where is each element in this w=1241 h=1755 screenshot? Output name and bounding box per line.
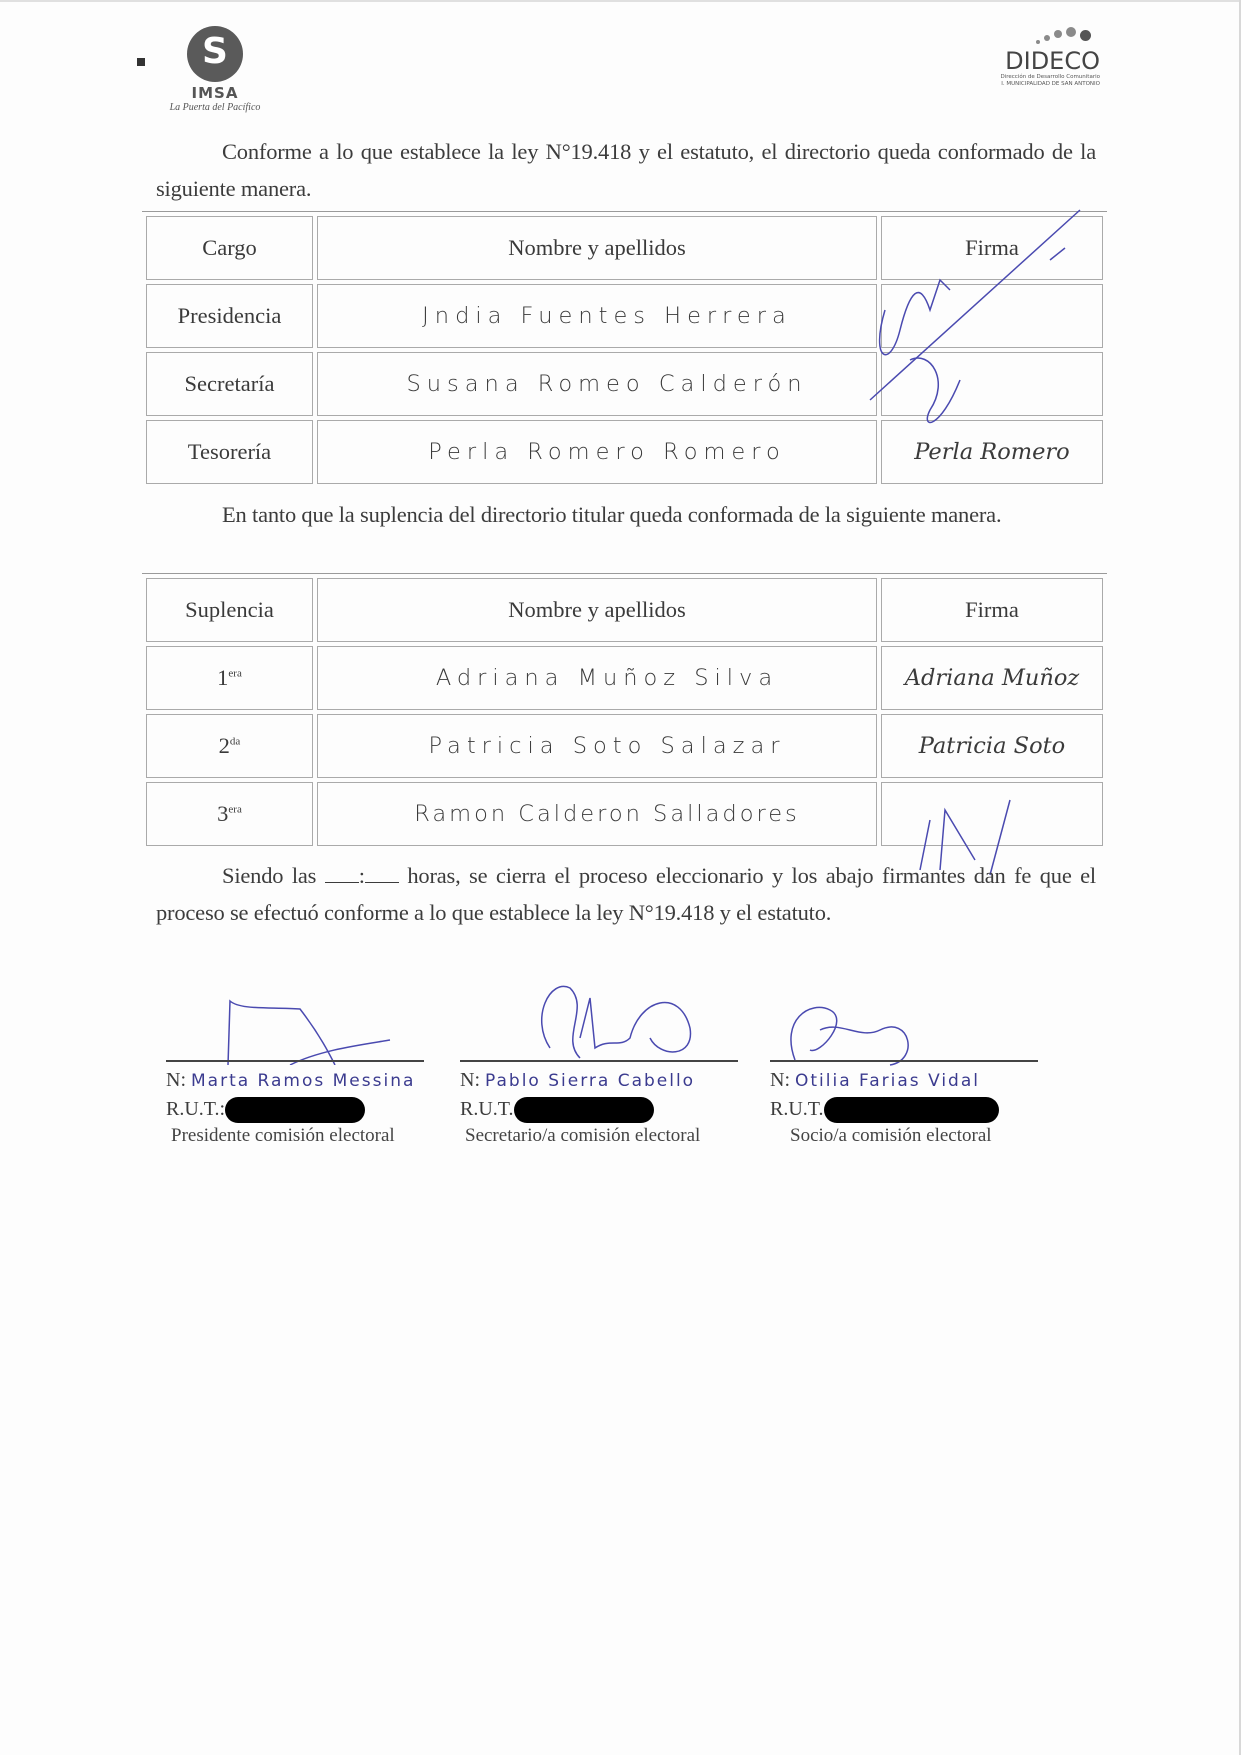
rut-row: R.U.T.: [460, 1095, 738, 1123]
signature-scribbles: [850, 200, 1090, 490]
signatory-secretario: N: Pablo Sierra Cabello R.U.T. Secretari…: [460, 1060, 738, 1147]
name-label: N:: [460, 1069, 480, 1091]
imsa-logo: IMSA La Puerta del Pacífico: [155, 20, 275, 115]
imsa-logo-name: IMSA: [155, 84, 275, 102]
signature-presidente: [210, 995, 430, 1065]
minute-blank: [365, 866, 399, 883]
rut-redaction: [225, 1097, 365, 1123]
signatory-name: Otilia Farias Vidal: [795, 1071, 980, 1091]
dideco-dots-icon: [980, 24, 1100, 48]
table-row: 1era Adriana Muñoz Silva Adriana Muñoz: [146, 646, 1103, 710]
firma-cell: Patricia Soto: [881, 714, 1103, 778]
dideco-logo-name: DIDECO: [980, 48, 1100, 74]
suplencia-paragraph: En tanto que la suplencia del directorio…: [156, 496, 1096, 533]
dideco-subtitle-1: Dirección de Desarrollo Comunitario: [980, 74, 1100, 81]
nombre-cell: Perla Romero Romero: [317, 420, 877, 484]
nombre-cell: Ramon Calderon Salladores: [317, 782, 877, 846]
cargo-cell: Presidencia: [146, 284, 313, 348]
suplencia-number-cell: 1era: [146, 646, 313, 710]
nombre-cell: Susana Romeo Calderón: [317, 352, 877, 416]
signatory-role: Secretario/a comisión electoral: [460, 1125, 738, 1147]
name-row: N: Pablo Sierra Cabello: [460, 1066, 738, 1095]
nombre-cell: Adriana Muñoz Silva: [317, 646, 877, 710]
signatory-name: Pablo Sierra Cabello: [485, 1071, 695, 1091]
rut-redaction: [824, 1097, 999, 1123]
rut-redaction: [514, 1097, 654, 1123]
cargo-cell: Secretaría: [146, 352, 313, 416]
nombre-cell: Patricia Soto Salazar: [317, 714, 877, 778]
ordinal-number: 2: [219, 733, 230, 758]
rut-row: R.U.T.: [770, 1095, 1038, 1123]
header-suplencia: Suplencia: [146, 578, 313, 642]
signature-line: [460, 1060, 738, 1062]
signature-secretario: [520, 978, 720, 1068]
signature-line: [166, 1060, 424, 1062]
intro-text: Conforme a lo que establece la ley N°19.…: [156, 139, 1096, 201]
imsa-logo-tagline: La Puerta del Pacífico: [155, 102, 275, 113]
page-top-edge: [0, 0, 1241, 2]
rut-row: R.U.T.:: [166, 1095, 424, 1123]
signatory-presidente: N: Marta Ramos Messina R.U.T.: President…: [166, 1060, 424, 1147]
imsa-emblem-icon: [187, 26, 243, 82]
closing-paragraph: Siendo las : horas, se cierra el proceso…: [156, 857, 1096, 931]
rut-label: R.U.T.: [460, 1098, 514, 1120]
rut-label: R.U.T.: [770, 1098, 824, 1120]
ordinal-suffix: era: [228, 668, 241, 680]
dideco-logo: DIDECO Dirección de Desarrollo Comunitar…: [980, 24, 1100, 99]
header-firma: Firma: [881, 578, 1103, 642]
table-header-row: Suplencia Nombre y apellidos Firma: [146, 578, 1103, 642]
ordinal-suffix: era: [228, 804, 241, 816]
ordinal-number: 3: [217, 801, 228, 826]
ordinal-suffix: da: [230, 736, 240, 748]
scan-mark: [137, 58, 145, 66]
cargo-cell: Tesorería: [146, 420, 313, 484]
rut-label: R.U.T.:: [166, 1098, 225, 1120]
firma-cell: Adriana Muñoz: [881, 646, 1103, 710]
name-row: N: Otilia Farias Vidal: [770, 1066, 1038, 1095]
name-row: N: Marta Ramos Messina: [166, 1066, 424, 1095]
name-label: N:: [166, 1069, 186, 1091]
closing-text-start: Siendo las: [222, 863, 316, 888]
header-nombre: Nombre y apellidos: [317, 578, 877, 642]
signature-line: [770, 1060, 1038, 1062]
ordinal-number: 1: [217, 665, 228, 690]
name-label: N:: [770, 1069, 790, 1091]
header-cargo: Cargo: [146, 216, 313, 280]
suplencia-number-cell: 2da: [146, 714, 313, 778]
intro-paragraph: Conforme a lo que establece la ley N°19.…: [156, 133, 1096, 207]
hour-blank: [325, 866, 359, 883]
header-nombre: Nombre y apellidos: [317, 216, 877, 280]
dideco-subtitle-2: I. MUNICIPALIDAD DE SAN ANTONIO: [980, 81, 1100, 88]
signatory-socio: N: Otilia Farias Vidal R.U.T. Socio/a co…: [770, 1060, 1038, 1147]
signatory-role: Socio/a comisión electoral: [770, 1125, 1038, 1147]
signatory-role: Presidente comisión electoral: [166, 1125, 424, 1147]
signatory-name: Marta Ramos Messina: [191, 1071, 415, 1091]
table-row: 2da Patricia Soto Salazar Patricia Soto: [146, 714, 1103, 778]
nombre-cell: Jndia Fuentes Herrera: [317, 284, 877, 348]
suplencia-text: En tanto que la suplencia del directorio…: [222, 502, 1001, 527]
suplencia-number-cell: 3era: [146, 782, 313, 846]
